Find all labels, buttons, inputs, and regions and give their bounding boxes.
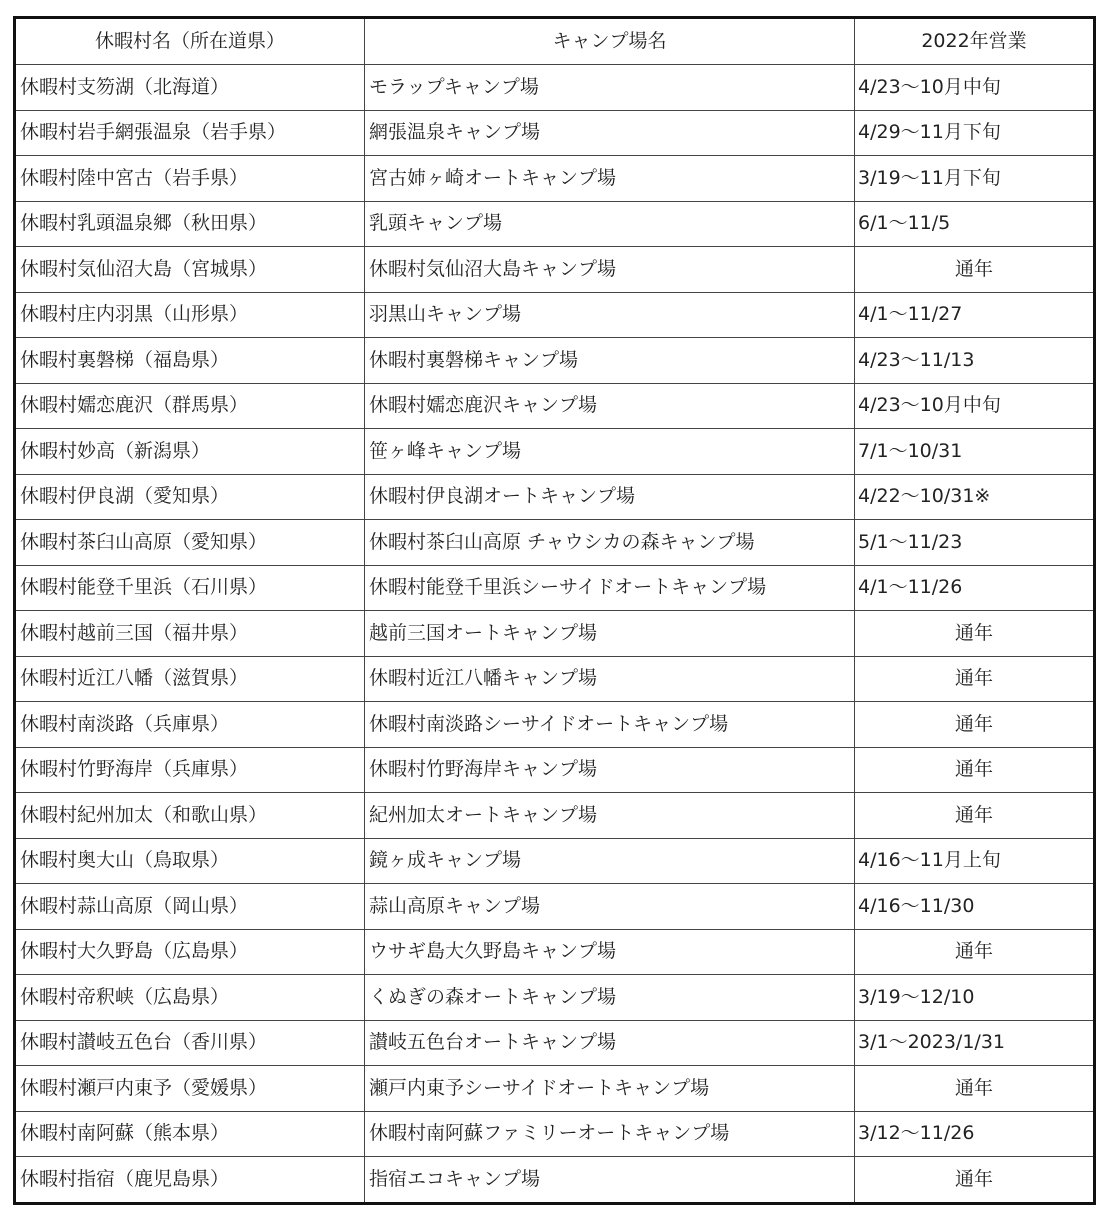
campsite-cell: 瀬戸内東予シーサイドオートキャンプ場 [365, 1066, 855, 1112]
campsite-cell: 鏡ヶ成キャンプ場 [365, 838, 855, 884]
period-cell: 通年 [855, 656, 1095, 702]
campsite-cell: 休暇村裏磐梯キャンプ場 [365, 338, 855, 384]
table-row: 休暇村近江八幡（滋賀県）休暇村近江八幡キャンプ場通年 [15, 656, 1095, 702]
campsite-cell: 指宿エコキャンプ場 [365, 1157, 855, 1204]
village-cell: 休暇村伊良湖（愛知県） [15, 474, 365, 520]
header-village: 休暇村名（所在道県） [15, 18, 365, 65]
village-cell: 休暇村岩手網張温泉（岩手県） [15, 110, 365, 156]
table-row: 休暇村気仙沼大島（宮城県）休暇村気仙沼大島キャンプ場通年 [15, 247, 1095, 293]
village-cell: 休暇村指宿（鹿児島県） [15, 1157, 365, 1204]
table-row: 休暇村陸中宮古（岩手県）宮古姉ヶ崎オートキャンプ場3/19〜11月下旬 [15, 156, 1095, 202]
period-cell: 5/1〜11/23 [855, 520, 1095, 566]
campsite-cell: 羽黒山キャンプ場 [365, 292, 855, 338]
table-row: 休暇村茶臼山高原（愛知県）休暇村茶臼山高原 チャウシカの森キャンプ場5/1〜11… [15, 520, 1095, 566]
campsite-cell: 休暇村伊良湖オートキャンプ場 [365, 474, 855, 520]
table-row: 休暇村帝釈峡（広島県）くぬぎの森オートキャンプ場3/19〜12/10 [15, 975, 1095, 1021]
period-cell: 通年 [855, 247, 1095, 293]
village-cell: 休暇村瀬戸内東予（愛媛県） [15, 1066, 365, 1112]
period-cell: 通年 [855, 611, 1095, 657]
campsite-cell: 網張温泉キャンプ場 [365, 110, 855, 156]
table-row: 休暇村乳頭温泉郷（秋田県）乳頭キャンプ場6/1〜11/5 [15, 201, 1095, 247]
table-row: 休暇村竹野海岸（兵庫県）休暇村竹野海岸キャンプ場通年 [15, 747, 1095, 793]
table-row: 休暇村瀬戸内東予（愛媛県）瀬戸内東予シーサイドオートキャンプ場通年 [15, 1066, 1095, 1112]
period-cell: 4/16〜11/30 [855, 884, 1095, 930]
period-cell: 4/23〜11/13 [855, 338, 1095, 384]
campsite-cell: 休暇村気仙沼大島キャンプ場 [365, 247, 855, 293]
campsite-cell: 蒜山高原キャンプ場 [365, 884, 855, 930]
period-cell: 通年 [855, 1157, 1095, 1204]
period-cell: 3/1〜2023/1/31 [855, 1020, 1095, 1066]
campsite-cell: 休暇村茶臼山高原 チャウシカの森キャンプ場 [365, 520, 855, 566]
table-row: 休暇村岩手網張温泉（岩手県）網張温泉キャンプ場4/29〜11月下旬 [15, 110, 1095, 156]
village-cell: 休暇村支笏湖（北海道） [15, 65, 365, 111]
village-cell: 休暇村茶臼山高原（愛知県） [15, 520, 365, 566]
table-row: 休暇村南阿蘇（熊本県）休暇村南阿蘇ファミリーオートキャンプ場3/12〜11/26 [15, 1111, 1095, 1157]
village-cell: 休暇村嬬恋鹿沢（群馬県） [15, 383, 365, 429]
village-cell: 休暇村蒜山高原（岡山県） [15, 884, 365, 930]
table-row: 休暇村指宿（鹿児島県）指宿エコキャンプ場通年 [15, 1157, 1095, 1204]
village-cell: 休暇村帝釈峡（広島県） [15, 975, 365, 1021]
period-cell: 4/16〜11月上旬 [855, 838, 1095, 884]
village-cell: 休暇村妙高（新潟県） [15, 429, 365, 475]
table-row: 休暇村庄内羽黒（山形県）羽黒山キャンプ場4/1〜11/27 [15, 292, 1095, 338]
campsite-cell: 休暇村嬬恋鹿沢キャンプ場 [365, 383, 855, 429]
period-cell: 7/1〜10/31 [855, 429, 1095, 475]
campsite-table: 休暇村名（所在道県） キャンプ場名 2022年営業 休暇村支笏湖（北海道）モラッ… [13, 16, 1096, 1205]
village-cell: 休暇村陸中宮古（岩手県） [15, 156, 365, 202]
table-body: 休暇村支笏湖（北海道）モラップキャンプ場4/23〜10月中旬休暇村岩手網張温泉（… [15, 65, 1095, 1204]
period-cell: 4/23〜10月中旬 [855, 65, 1095, 111]
village-cell: 休暇村讃岐五色台（香川県） [15, 1020, 365, 1066]
village-cell: 休暇村能登千里浜（石川県） [15, 565, 365, 611]
table-row: 休暇村嬬恋鹿沢（群馬県）休暇村嬬恋鹿沢キャンプ場4/23〜10月中旬 [15, 383, 1095, 429]
campsite-cell: 休暇村南阿蘇ファミリーオートキャンプ場 [365, 1111, 855, 1157]
village-cell: 休暇村乳頭温泉郷（秋田県） [15, 201, 365, 247]
table-row: 休暇村大久野島（広島県）ウサギ島大久野島キャンプ場通年 [15, 929, 1095, 975]
table-row: 休暇村妙高（新潟県）笹ヶ峰キャンプ場7/1〜10/31 [15, 429, 1095, 475]
campsite-cell: ウサギ島大久野島キャンプ場 [365, 929, 855, 975]
period-cell: 4/23〜10月中旬 [855, 383, 1095, 429]
period-cell: 3/12〜11/26 [855, 1111, 1095, 1157]
table-row: 休暇村蒜山高原（岡山県）蒜山高原キャンプ場4/16〜11/30 [15, 884, 1095, 930]
campsite-cell: 休暇村近江八幡キャンプ場 [365, 656, 855, 702]
campsite-cell: モラップキャンプ場 [365, 65, 855, 111]
period-cell: 3/19〜11月下旬 [855, 156, 1095, 202]
table-row: 休暇村支笏湖（北海道）モラップキャンプ場4/23〜10月中旬 [15, 65, 1095, 111]
period-cell: 4/1〜11/27 [855, 292, 1095, 338]
period-cell: 4/1〜11/26 [855, 565, 1095, 611]
village-cell: 休暇村奥大山（鳥取県） [15, 838, 365, 884]
header-campsite: キャンプ場名 [365, 18, 855, 65]
campsite-cell: 越前三国オートキャンプ場 [365, 611, 855, 657]
village-cell: 休暇村大久野島（広島県） [15, 929, 365, 975]
village-cell: 休暇村竹野海岸（兵庫県） [15, 747, 365, 793]
table-row: 休暇村伊良湖（愛知県）休暇村伊良湖オートキャンプ場4/22〜10/31※ [15, 474, 1095, 520]
table-row: 休暇村能登千里浜（石川県）休暇村能登千里浜シーサイドオートキャンプ場4/1〜11… [15, 565, 1095, 611]
campsite-cell: 休暇村南淡路シーサイドオートキャンプ場 [365, 702, 855, 748]
table-row: 休暇村讃岐五色台（香川県）讃岐五色台オートキャンプ場3/1〜2023/1/31 [15, 1020, 1095, 1066]
campsite-cell: 休暇村能登千里浜シーサイドオートキャンプ場 [365, 565, 855, 611]
campsite-cell: 乳頭キャンプ場 [365, 201, 855, 247]
campsite-cell: 笹ヶ峰キャンプ場 [365, 429, 855, 475]
village-cell: 休暇村南淡路（兵庫県） [15, 702, 365, 748]
period-cell: 4/29〜11月下旬 [855, 110, 1095, 156]
period-cell: 4/22〜10/31※ [855, 474, 1095, 520]
header-period: 2022年営業 [855, 18, 1095, 65]
campsite-cell: 紀州加太オートキャンプ場 [365, 793, 855, 839]
village-cell: 休暇村裏磐梯（福島県） [15, 338, 365, 384]
period-cell: 3/19〜12/10 [855, 975, 1095, 1021]
village-cell: 休暇村近江八幡（滋賀県） [15, 656, 365, 702]
period-cell: 通年 [855, 929, 1095, 975]
table-row: 休暇村裏磐梯（福島県）休暇村裏磐梯キャンプ場4/23〜11/13 [15, 338, 1095, 384]
period-cell: 6/1〜11/5 [855, 201, 1095, 247]
village-cell: 休暇村南阿蘇（熊本県） [15, 1111, 365, 1157]
campsite-cell: 休暇村竹野海岸キャンプ場 [365, 747, 855, 793]
campsite-cell: 讃岐五色台オートキャンプ場 [365, 1020, 855, 1066]
table-row: 休暇村南淡路（兵庫県）休暇村南淡路シーサイドオートキャンプ場通年 [15, 702, 1095, 748]
period-cell: 通年 [855, 793, 1095, 839]
period-cell: 通年 [855, 747, 1095, 793]
table-row: 休暇村紀州加太（和歌山県）紀州加太オートキャンプ場通年 [15, 793, 1095, 839]
campsite-cell: くぬぎの森オートキャンプ場 [365, 975, 855, 1021]
village-cell: 休暇村気仙沼大島（宮城県） [15, 247, 365, 293]
table-row: 休暇村奥大山（鳥取県）鏡ヶ成キャンプ場4/16〜11月上旬 [15, 838, 1095, 884]
table-row: 休暇村越前三国（福井県）越前三国オートキャンプ場通年 [15, 611, 1095, 657]
period-cell: 通年 [855, 1066, 1095, 1112]
village-cell: 休暇村紀州加太（和歌山県） [15, 793, 365, 839]
header-row: 休暇村名（所在道県） キャンプ場名 2022年営業 [15, 18, 1095, 65]
period-cell: 通年 [855, 702, 1095, 748]
campsite-cell: 宮古姉ヶ崎オートキャンプ場 [365, 156, 855, 202]
village-cell: 休暇村庄内羽黒（山形県） [15, 292, 365, 338]
village-cell: 休暇村越前三国（福井県） [15, 611, 365, 657]
